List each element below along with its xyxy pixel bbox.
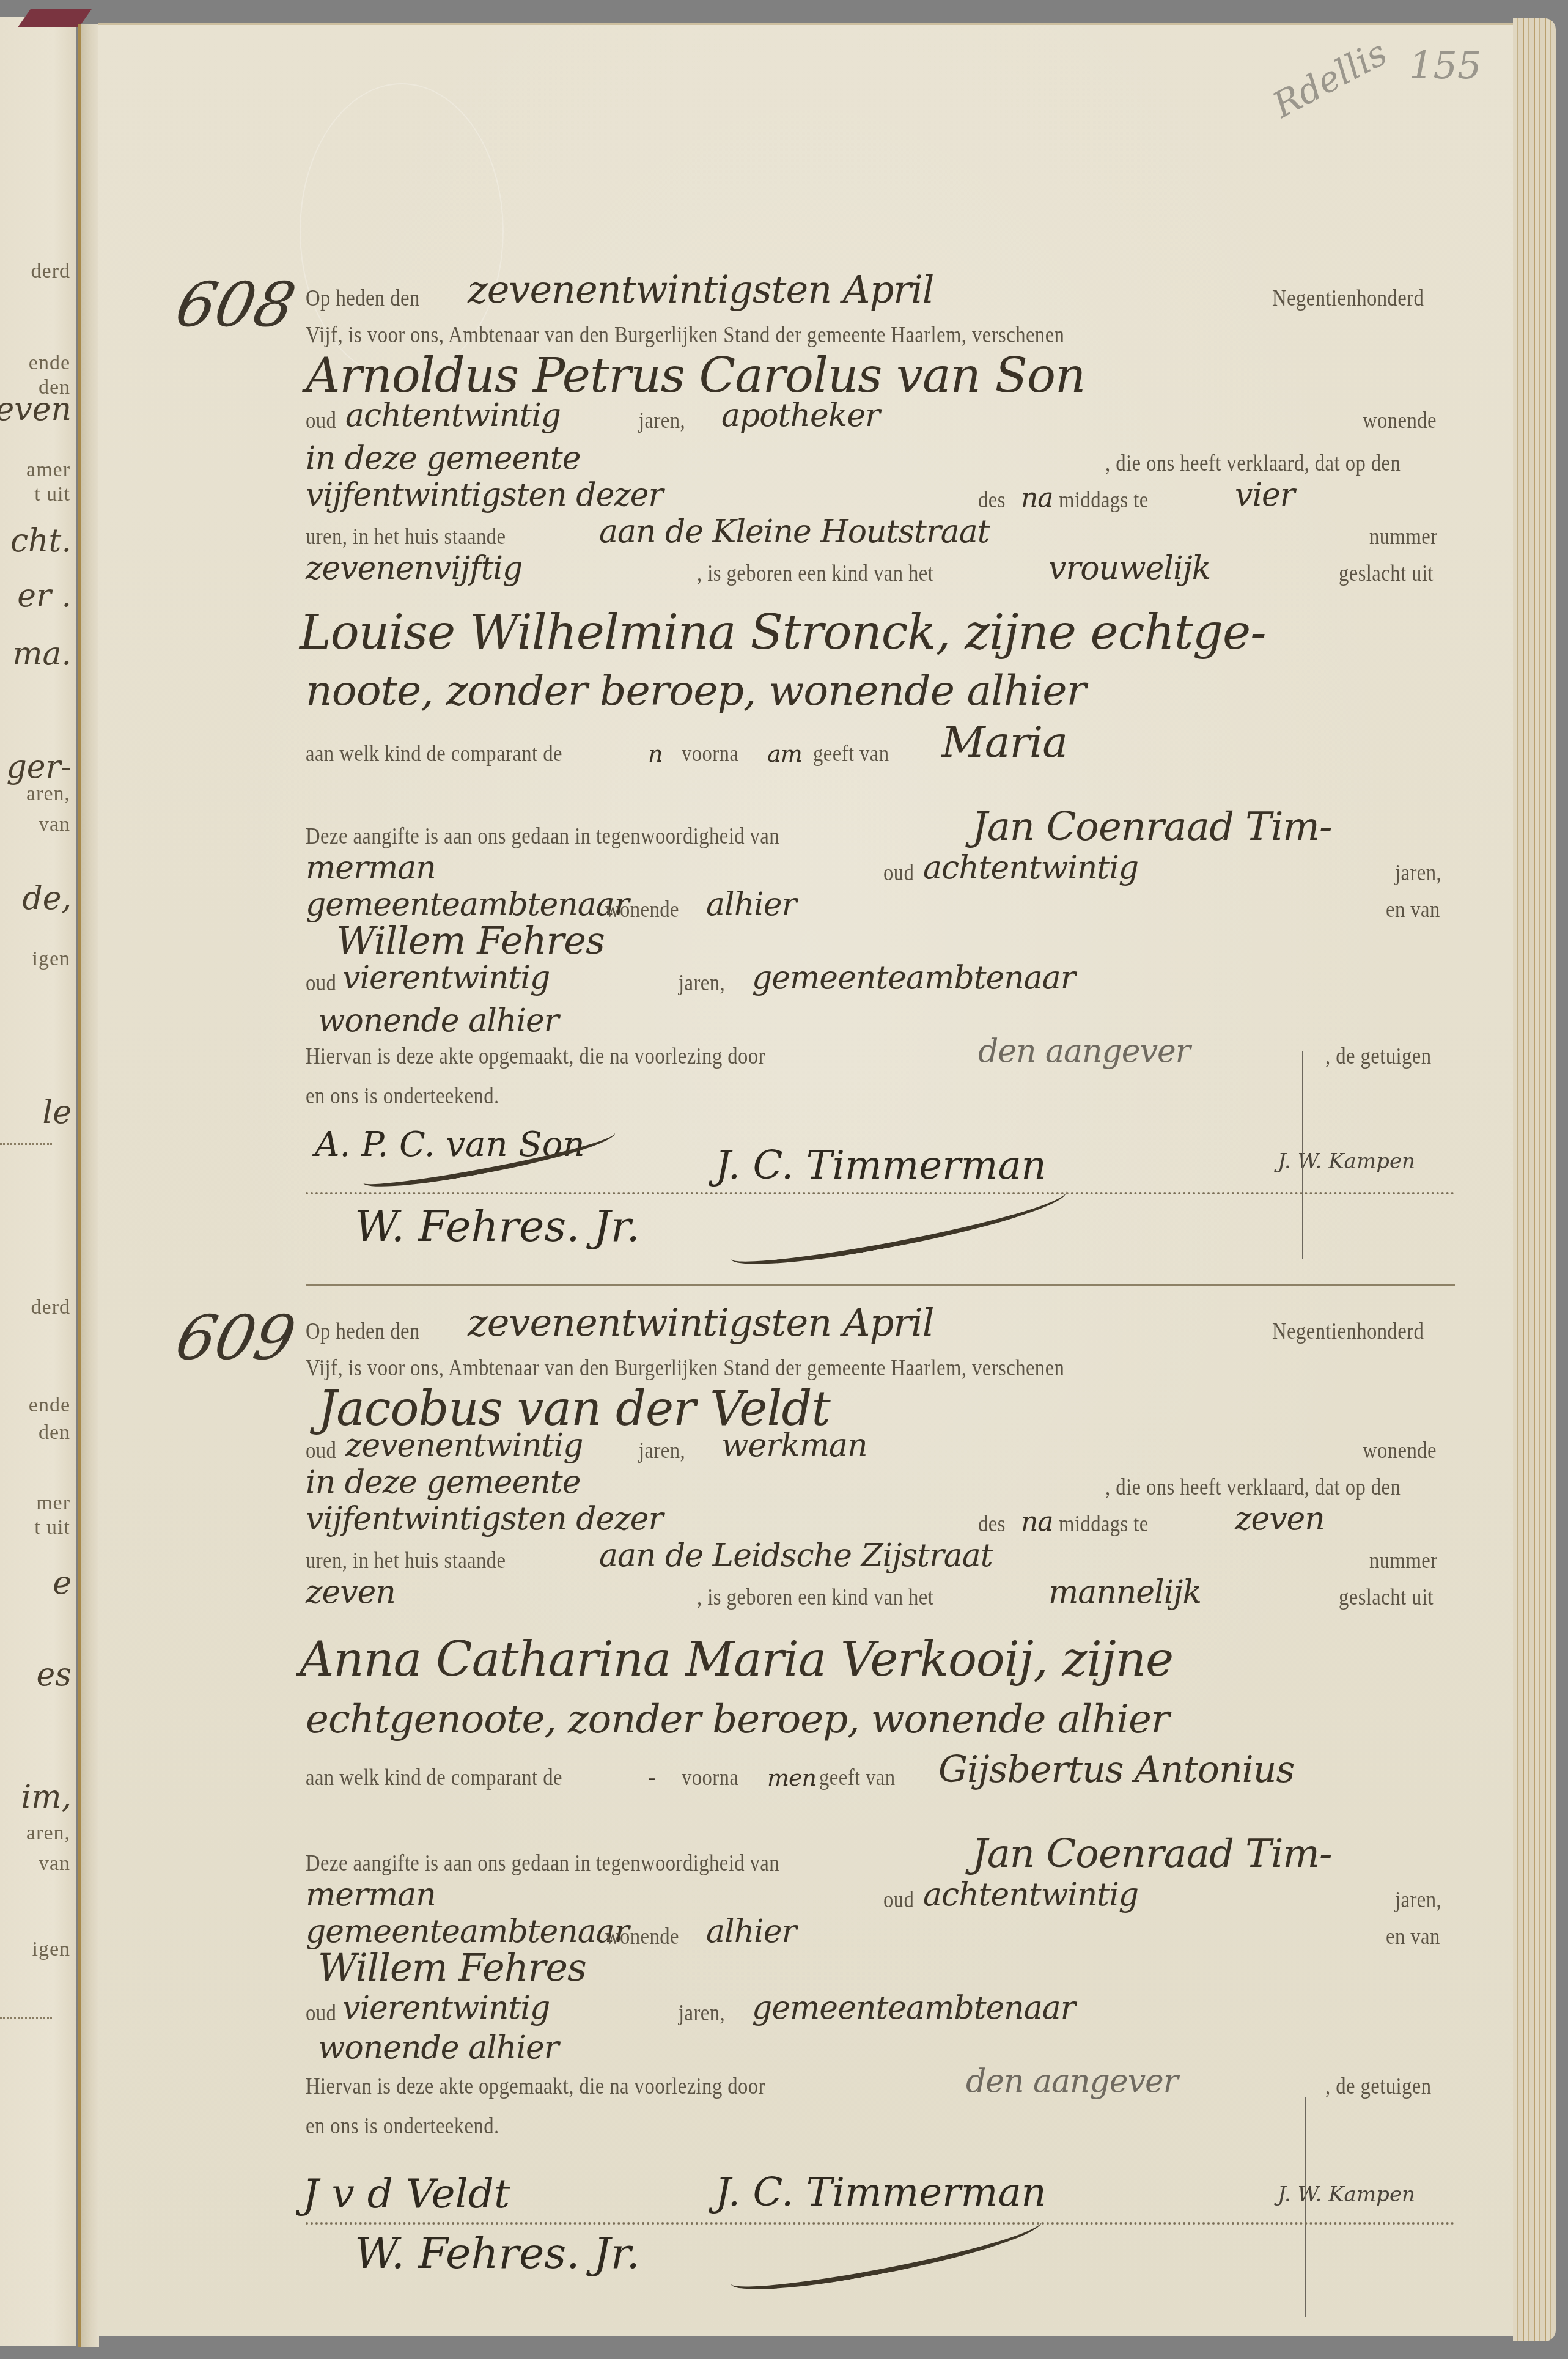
printed-text: , de getuigen [1325,2073,1431,2100]
printed-text: Vijf, is voor ons, Ambtenaar van den Bur… [306,1355,1064,1382]
printed-text: en van [1386,1923,1440,1950]
hand-reader: den aangever [978,1033,1190,1070]
witness1-line-3: gemeenteambtenaar wonende alhier en van [306,1907,1449,1950]
left-page-dotted-line [0,1143,52,1145]
hand-witness1-name: Jan Coenraad Tim- [972,804,1332,850]
entry-609: 609 Op heden den zevenentwintigsten Apri… [177,1302,1449,2341]
printed-text: , is geboren een kind van het [697,560,933,587]
left-page-fragment: derd [31,260,70,283]
signature-declarant: J v d Veldt [303,2170,510,2217]
left-page-fragment: er . [17,578,72,614]
hand-witness1-occupation: gemeenteambtenaar [306,886,629,923]
hand-suffix: n [648,740,662,767]
signature-witness2: W. Fehres. Jr. [355,2228,640,2278]
left-page-fragment: t uit [34,483,70,506]
printed-text: aan welk kind de comparant de [306,1764,562,1791]
registrar-stroke [1302,1051,1303,1259]
entry-line-4: oud achtentwintig jaren, apotheker wonen… [306,391,1449,434]
left-page-fragment: im, [21,1779,72,1816]
signature-flourish [726,2204,1047,2300]
closing-line-2: en ons is onderteekend. [306,1067,1449,1110]
hand-witness2-age: vierentwintig [342,960,550,996]
mother-line-1: Louise Wilhelmina Stronck, zijne echtge- [306,599,1449,660]
left-page-fragment: mer [36,1492,70,1515]
printed-text: en ons is onderteekend. [306,2113,499,2140]
page-number: 155 [1409,43,1481,87]
signature-witness1: J. C. Timmerman [715,1143,1047,1188]
left-page-fragment: de, [22,880,72,917]
mother-line-2: noote, zonder beroep, wonende alhier [306,660,1449,715]
left-page-fragment: igen [32,948,70,971]
entry-608: 608 Op heden den zevenentwintigsten Apri… [177,269,1449,1259]
left-page-fragment: cht. [10,523,72,559]
printed-text: Hiervan is deze akte opgemaakt, die na v… [306,1043,765,1070]
book-gutter [81,24,99,2347]
naming-line: aan welk kind de comparant de - voorna m… [306,1748,1449,1791]
printed-text: geeft van [819,1764,896,1791]
printed-text: oud [306,970,336,996]
hand-occupation: apotheker [721,397,880,434]
signature-witness1: J. C. Timmerman [715,2170,1047,2215]
hand-mother-name: Anna Catharina Maria Verkooij, zijne [300,1632,1173,1687]
hand-reader: den aangever [966,2063,1178,2100]
printed-text: wonende [605,896,679,923]
witness2-line: oud vierentwintig jaren, gemeenteambtena… [306,954,1449,996]
printed-text: jaren, [639,407,685,434]
closing-line-1: Hiervan is deze akte opgemaakt, die na v… [306,1027,1449,1070]
left-page-fragment: le [43,1094,72,1131]
left-page-fragment: van [39,813,70,836]
hand-mother-name: Louise Wilhelmina Stronck, zijne echtge- [300,605,1265,660]
left-page-fragment: even [0,391,72,428]
entry-line-8: zeven , is geboren een kind van het mann… [306,1568,1449,1611]
left-page-fragment: ende [29,351,70,375]
hand-sex: vrouwelijk [1048,550,1210,587]
hand-witness1-residence: alhier [706,1913,796,1950]
hand-witness2-age: vierentwintig [342,1990,550,2026]
left-page-fragment: t uit [34,1516,70,1539]
left-page-fragment: ende [29,1394,70,1417]
entry-number: 609 [170,1302,302,1374]
left-page-fragment: den [39,1421,70,1444]
closing-line-1: Hiervan is deze akte opgemaakt, die na v… [306,2057,1449,2100]
entry-line-8: zevenenvijftig , is geboren een kind van… [306,544,1449,587]
hand-suffix: am [767,740,802,767]
signature-dotted-line [306,2222,1455,2225]
closing-line-2: en ons is onderteekend. [306,2097,1449,2140]
printed-text: geslacht uit [1339,1584,1434,1611]
printed-text: voorna [682,1764,738,1791]
hand-witness2-occupation: gemeenteambtenaar [752,960,1075,996]
printed-text: geeft van [813,740,889,767]
printed-text: , de getuigen [1325,1043,1431,1070]
printed-text: en van [1386,896,1440,923]
left-page-fragment: amer [26,458,70,482]
left-page-fragment: ma. [12,636,72,672]
hand-house-number: zevenenvijftig [306,550,522,587]
hand-witness1-occupation: gemeenteambtenaar [306,1913,629,1950]
left-page-fragment: igen [32,1938,70,1961]
entry-line-2: Vijf, is voor ons, Ambtenaar van den Bur… [306,1339,1449,1382]
printed-text: aan welk kind de comparant de [306,740,562,767]
printed-text: jaren, [679,970,725,996]
witness1-line-3: gemeenteambtenaar wonende alhier en van [306,880,1449,923]
left-page-fragment: ger- [7,749,72,786]
signature-dotted-line [306,1192,1455,1194]
mother-line-2: echtgenoote, zonder beroep, wonende alhi… [306,1687,1449,1742]
left-page-fragment: van [39,1852,70,1875]
hand-suffix: men [767,1764,816,1791]
mother-line-1: Anna Catharina Maria Verkooij, zijne [306,1626,1449,1687]
left-page-fragment: e [53,1565,72,1602]
hand-mother-details: noote, zonder beroep, wonende alhier [306,667,1086,715]
printed-text: oud [306,407,336,434]
printed-text: jaren, [679,2000,725,2026]
entry-number: 608 [170,269,302,340]
printed-text: en ons is onderteekend. [306,1083,499,1110]
left-page-fragment: es [37,1657,72,1693]
hand-child-name: Gijsbertus Antonius [938,1748,1294,1791]
hand-witness2-occupation: gemeenteambtenaar [752,1990,1075,2026]
hand-witness1-residence: alhier [706,886,796,923]
printed-text: oud [306,2000,336,2026]
printed-text: Hiervan is deze akte opgemaakt, die na v… [306,2073,765,2100]
printed-text: , is geboren een kind van het [697,1584,933,1611]
hand-child-name: Maria [941,717,1067,767]
registrar-stroke [1305,2097,1306,2317]
printed-text: Vijf, is voor ons, Ambtenaar van den Bur… [306,322,1064,348]
printed-text: voorna [682,740,738,767]
hand-witness1-name: Jan Coenraad Tim- [972,1831,1332,1877]
naming-line: aan welk kind de comparant de n voorna a… [306,724,1449,767]
left-page-fragment: aren, [26,782,70,806]
hand-sex: mannelijk [1048,1574,1201,1611]
hand-suffix: - [648,1764,655,1791]
printed-text: wonende [605,1923,679,1950]
signature-registrar: J. W. Kampen [1278,1149,1415,1174]
hand-mother-details: echtgenoote, zonder beroep, wonende alhi… [306,1697,1169,1742]
entry-separator [306,1284,1455,1286]
witness2-line: oud vierentwintig jaren, gemeenteambtena… [306,1984,1449,2026]
entry-line-2: Vijf, is voor ons, Ambtenaar van den Bur… [306,306,1449,348]
left-page: derdendedenevenamert uitcht.er .ma.ger-a… [0,17,76,2346]
left-page-dotted-line [0,2017,52,2019]
printed-text: geslacht uit [1339,560,1434,587]
signature-registrar: J. W. Kampen [1278,2182,1415,2207]
left-page-fragment: aren, [26,1822,70,1845]
printed-text: wonende [1363,407,1437,434]
hand-age: achtentwintig [345,397,561,434]
signature-witness2: W. Fehres. Jr. [355,1201,640,1251]
hand-house-number: zeven [306,1574,396,1611]
page-edges [1513,18,1556,2341]
left-page-fragment: derd [31,1296,70,1319]
